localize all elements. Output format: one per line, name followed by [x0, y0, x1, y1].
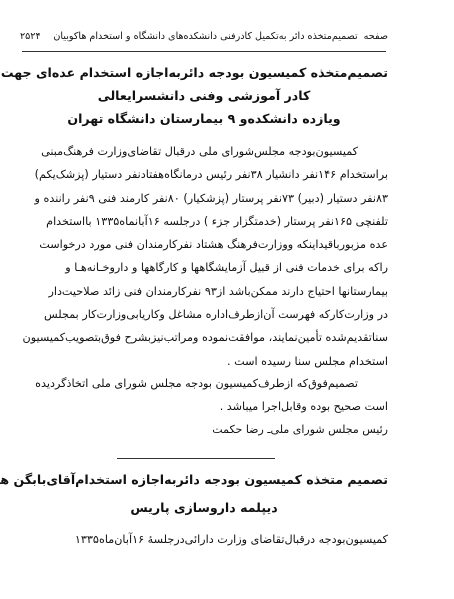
section1-heading-line: تصمیم‌متخذه کمیسیون بودجه دائربه‌اجازه ا… [20, 62, 388, 85]
paragraph-line: براستخدام ۱۴۶نفر دانشیار ۳۸نفر رئیس درما… [20, 163, 388, 186]
section1-paragraph2: تصمیم‌فوق‌که ازطرف‌کمیسیون بودجه مجلس شو… [20, 372, 388, 419]
page-number: ۲۵۲۴ [20, 30, 41, 44]
section2-heading: تصمیم متخذه کمیسیون بودجه دائربه‌اجازه ا… [20, 469, 388, 525]
section2-heading-line: تصمیم متخذه کمیسیون بودجه دائربه‌اجازه ا… [20, 469, 388, 497]
section1-heading-line: ویازده دانشکده‌و ۹ بیمارستان دانشگاه تهر… [20, 108, 388, 131]
header-rule [22, 51, 386, 52]
paragraph-line: در وزارت‌کارکه فهرست آن‌ازطرف‌اداره مشاغ… [20, 303, 388, 326]
section1-heading: تصمیم‌متخذه کمیسیون بودجه دائربه‌اجازه ا… [20, 62, 388, 131]
paragraph-line: کمیسیون‌بودجه مجلس‌شورای ملی درقبال تقاض… [20, 140, 388, 163]
paragraph-line: بیمارستانها احتیاج دارند ممکن‌باشد از۹۳ … [20, 280, 388, 303]
running-head-left: صفحه تصمیم‌متخذه دائر به‌تکمیل کادرفنی د… [53, 30, 388, 44]
paragraph-line: کمیسیون‌بودجه درقبال‌تقاضای وزارت دارائی… [75, 533, 388, 546]
paragraph-line: راکه برای خدمات فنی از قبیل آزمایشگاهها … [20, 256, 388, 279]
paragraph-line: است صحیح بوده وقابل‌اجرا میباشد . [20, 395, 388, 418]
section2-heading-line: دیپلمه داروسازی پاریس [20, 497, 388, 525]
section2-paragraph1: کمیسیون‌بودجه درقبال‌تقاضای وزارت دارائی… [20, 530, 388, 550]
paragraph-line: ۸۳نفر دستیار (دبیر) ۷۳نفر پرستار (پزشکیا… [20, 187, 388, 210]
paragraph-line: عده مزبورباقیداینکه ووزارت‌فرهنگ هشتاد ن… [20, 233, 388, 256]
running-head-title: تصمیم‌متخذه دائر به‌تکمیل کادرفنی دانشکد… [53, 30, 357, 44]
section1-paragraph1: کمیسیون‌بودجه مجلس‌شورای ملی درقبال تقاض… [20, 140, 388, 373]
paragraph-line: تلفنچی ۱۶۵نفر پرستار (خدمتگزار جزء ) درج… [20, 210, 388, 233]
running-head: صفحه تصمیم‌متخذه دائر به‌تکمیل کادرفنی د… [20, 30, 388, 44]
signature: رئیس مجلس شورای ملی‌ـ رضا حکمت [212, 420, 388, 440]
paragraph-line: تصمیم‌فوق‌که ازطرف‌کمیسیون بودجه مجلس شو… [20, 372, 388, 395]
section1-heading-line: کادر آموزشی وفنی دانشسرایعالی [20, 85, 388, 108]
section-separator [117, 458, 275, 459]
paragraph-line: استخدام مجلس سنا رسیده است . [20, 350, 388, 373]
paragraph-line: سناتقدیم‌شده تأمین‌نمایند، موافقت‌نموده … [20, 326, 388, 349]
page-word: صفحه [364, 30, 388, 44]
